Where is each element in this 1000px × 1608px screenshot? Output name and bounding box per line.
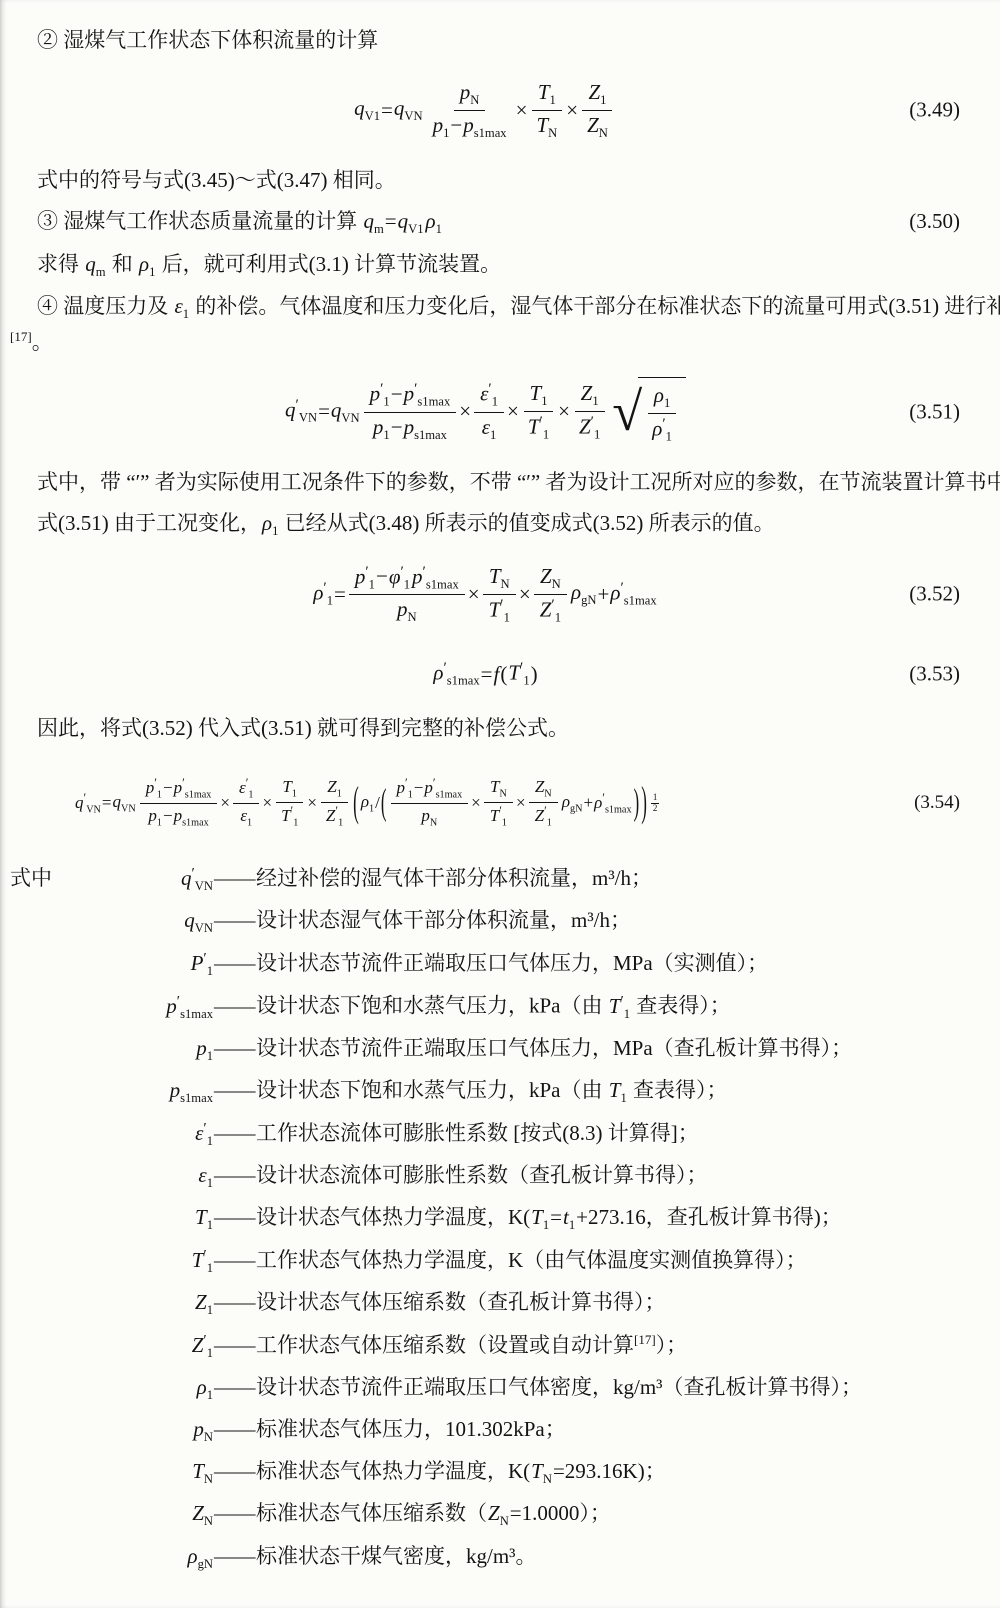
variable: ps1max	[174, 805, 209, 830]
variable: ps1max	[463, 112, 506, 142]
definition-text: 设计状态节流件正端取压口气体密度，kg/m³（查孔板计算书得）；	[255, 1373, 960, 1401]
subscript: 1	[600, 93, 606, 107]
dash: ——	[214, 1288, 255, 1316]
subscript: 1	[207, 1346, 213, 1360]
variable: ε1	[482, 414, 497, 444]
variable: ρ1	[197, 1375, 213, 1399]
variable: ρ1	[139, 252, 155, 276]
fraction: ZNZ′1	[534, 562, 567, 627]
text: 标准状态气体热力学温度，K(	[256, 1459, 530, 1483]
subscript: 1	[664, 396, 670, 410]
subscript: N	[204, 1430, 213, 1444]
text: −	[450, 112, 462, 138]
variable-base: T	[530, 381, 542, 405]
variable: t1	[563, 1205, 575, 1229]
symbol: qVN	[72, 906, 214, 937]
variable-base: ρ	[571, 580, 581, 604]
definition-row: ε1——设计状态流体可膨胀性系数（查孔板计算书得）；	[10, 1161, 960, 1192]
text: =	[102, 793, 112, 813]
symbol: p′s1max	[72, 991, 214, 1023]
text: =	[385, 209, 397, 233]
variable: T′1	[192, 1248, 213, 1272]
variable: ε′1	[195, 1121, 213, 1145]
subscript: N	[599, 126, 608, 140]
variable-base: p	[404, 415, 415, 439]
symbol-definition-list: 式中q′VN——经过补偿的湿气体干部分体积流量，m³/h；qVN——设计状态湿气…	[10, 863, 960, 1572]
subscript: N	[499, 789, 506, 800]
text: ×	[516, 98, 528, 123]
text: ×	[262, 793, 272, 813]
subscript: 1	[327, 594, 333, 608]
definition-text: 设计状态气体热力学温度，K(T1=t1+273.16，查孔板计算书得)；	[255, 1203, 960, 1234]
numerator: p′1−φ′1p′s1max	[349, 562, 465, 595]
variable: pN	[460, 79, 480, 109]
denominator: T′1	[483, 595, 516, 627]
text: ×	[471, 793, 481, 813]
dash: ——	[214, 992, 255, 1020]
subscript: s1max	[447, 674, 480, 688]
text: 工作状态流体可膨胀性系数 [按式(8.3) 计算得]；	[256, 1121, 699, 1145]
subscript: 1	[207, 1303, 213, 1317]
text: =	[381, 98, 393, 123]
subscript: 1	[248, 790, 253, 801]
text: 设计状态气体压缩系数（查孔板计算书得）；	[256, 1290, 666, 1314]
subscript: N	[501, 577, 510, 591]
numerator: ρ1	[648, 381, 676, 414]
subscript: 1	[594, 428, 600, 442]
variable: q′VN	[285, 397, 317, 426]
numerator: ε′1	[474, 379, 504, 412]
text: =293.16K)；	[553, 1459, 666, 1483]
variable: p′1	[146, 776, 162, 802]
subscript: s1max	[474, 126, 507, 140]
dash: ——	[214, 1542, 255, 1570]
symbol: ρgN	[72, 1542, 214, 1573]
text: 设计状态湿气体干部分体积流量，m³/h；	[256, 908, 631, 932]
variable-base: Z	[326, 806, 335, 825]
subscript: VN	[404, 109, 422, 123]
text: 求得	[37, 252, 84, 276]
text: 设计状态流体可膨胀性系数（查孔板计算书得）；	[256, 1163, 708, 1187]
variable: Z′1	[579, 413, 600, 443]
subscript: 1	[383, 428, 389, 442]
denominator: 2	[651, 804, 659, 813]
variable-base: ρ	[197, 1375, 207, 1399]
superscript: 12	[648, 793, 662, 813]
numerator: Z1	[582, 78, 612, 111]
equation-body: ρ′1=p′1−φ′1p′s1maxpN×TNT′1×ZNZ′1ρgN+ρ′s1…	[312, 562, 657, 627]
fraction: ε′1ε1	[474, 379, 504, 444]
variable: ρ′1	[313, 580, 333, 609]
denominator: ZN	[581, 111, 614, 143]
subscript: N	[543, 1472, 552, 1486]
variable-base: q	[113, 792, 122, 811]
variable: ε′1	[239, 776, 253, 802]
definition-text: 标准状态气体压缩系数（ZN=1.0000）；	[255, 1499, 960, 1530]
variable: qVN	[184, 908, 213, 932]
text: ×	[519, 582, 531, 607]
text: 经过补偿的湿气体干部分体积流量，m³/h；	[256, 866, 652, 890]
subscript: 1	[149, 265, 155, 279]
variable: ZN	[540, 563, 561, 593]
variable-base: Z	[488, 1501, 500, 1525]
text: 标准状态气体压力，101.302kPa；	[256, 1417, 566, 1441]
text: −	[163, 777, 173, 798]
symbol: T1	[72, 1203, 214, 1234]
variable-base: T	[508, 661, 520, 685]
symbol: Z1	[72, 1288, 214, 1319]
subscript: 1	[207, 1218, 213, 1232]
definition-row: p1——设计状态节流件正端取压口气体压力，MPa（查孔板计算书得）；	[10, 1034, 960, 1065]
variable-base: p	[146, 778, 155, 797]
subscript: 1	[504, 610, 510, 624]
subscript: m	[96, 265, 106, 279]
subscript: 1	[207, 1176, 213, 1190]
subscript: VN	[195, 879, 213, 893]
variable-base: Z	[327, 777, 336, 796]
variable-base: p	[424, 778, 433, 797]
denominator: T′1	[522, 412, 555, 444]
equation: q′VN=qVNp′1−p′s1maxp1−ps1max×ε′1ε1×T1T′1…	[10, 369, 960, 455]
subscript: 1	[490, 428, 496, 442]
subscript: 1	[550, 93, 556, 107]
variable: T1	[531, 1205, 549, 1229]
subscript: 1	[207, 1134, 213, 1148]
variable-base: p	[166, 994, 177, 1018]
definition-row: pN——标准状态气体压力，101.302kPa；	[10, 1415, 960, 1446]
variable-base: T	[609, 994, 621, 1018]
variable: T′1	[281, 804, 298, 830]
stretch-bracket: )	[634, 781, 640, 825]
text: 查表得）；	[631, 994, 731, 1018]
prime-mark: ′	[499, 804, 502, 818]
fraction: Z1ZN	[581, 78, 614, 143]
prime-mark: ′	[246, 776, 249, 790]
dash: ——	[214, 1034, 255, 1062]
variable-base: q	[331, 398, 342, 422]
variable-base: ρ	[361, 792, 369, 811]
variable-base: T	[489, 564, 501, 588]
equation-number: (3.53)	[909, 662, 960, 687]
variable-base: p	[373, 415, 384, 439]
definition-row: ps1max——设计状态下饱和水蒸气压力，kPa（由 T1 查表得）；	[10, 1076, 960, 1107]
variable-base: T	[538, 80, 550, 104]
definition-text: 标准状态气体热力学温度，K(TN=293.16K)；	[255, 1457, 960, 1488]
numerator: ε′1	[233, 775, 259, 804]
fraction: p′1−p′s1maxp1−ps1max	[364, 379, 457, 444]
dash: ——	[214, 1373, 255, 1401]
fraction: T1T′1	[275, 775, 304, 831]
fraction: p′1−p′s1maxp1−ps1max	[140, 775, 218, 831]
subscript: s1max	[624, 594, 657, 608]
definition-text: 设计状态湿气体干部分体积流量，m³/h；	[255, 906, 960, 934]
symbol: ε1	[72, 1161, 214, 1192]
variable: p′s1max	[424, 776, 462, 802]
symbol: T′1	[72, 1245, 214, 1277]
subscript: 1	[293, 818, 298, 829]
variable-base: q	[394, 96, 405, 120]
subscript: m	[374, 222, 384, 236]
variable-base: ε	[198, 1163, 206, 1187]
subscript: 1	[543, 428, 549, 442]
variable-base: T	[192, 1248, 204, 1272]
variable-base: q	[85, 252, 96, 276]
text: ×	[468, 582, 480, 607]
text: [17]	[634, 1332, 656, 1347]
variable-base: p	[196, 1036, 207, 1060]
subscript: VN	[121, 804, 136, 815]
variable: p′1	[370, 380, 390, 410]
variable: TN	[536, 112, 557, 142]
fraction: p′1−p′s1maxpN	[391, 775, 469, 831]
variable: p1	[148, 805, 162, 830]
fraction: ZNZ′1	[529, 775, 558, 831]
text: +	[583, 793, 593, 813]
subscript: 1	[337, 789, 342, 800]
variable-base: q	[184, 908, 195, 932]
equation: q′VN=qVNp′1−p′s1maxp1−ps1max×ε′1ε1×T1T′1…	[10, 755, 960, 851]
variable: ρgN	[188, 1544, 214, 1568]
variable-base: Z	[192, 1333, 204, 1357]
variable-base: ε	[482, 415, 490, 439]
variable: q′VN	[181, 866, 213, 890]
variable-base: p	[170, 1078, 181, 1102]
dash: ——	[214, 1076, 255, 1104]
subscript: 1	[555, 610, 561, 624]
variable-base: Z	[192, 1501, 204, 1525]
variable-base: ρ	[188, 1544, 198, 1568]
variable: pN	[397, 596, 417, 626]
prime-mark: ′	[84, 791, 87, 805]
dash: ——	[214, 864, 255, 892]
symbol: p1	[72, 1034, 214, 1065]
variable-base: p	[433, 113, 444, 137]
variable: p1	[373, 414, 390, 444]
variable: T1	[282, 776, 297, 801]
symbol: q′VN	[72, 863, 214, 895]
text: ×	[558, 399, 570, 424]
dash: ——	[214, 1415, 255, 1443]
variable: qm	[364, 209, 384, 233]
variable-base: p	[397, 778, 406, 797]
subscript: 1	[207, 1261, 213, 1275]
fraction: Z1Z′1	[573, 379, 606, 444]
variable: pN	[193, 1417, 213, 1441]
variable: T′1	[609, 994, 630, 1018]
subscript: 1	[443, 126, 449, 140]
variable-base: p	[148, 806, 157, 825]
fraction: pNp1−ps1max	[427, 78, 513, 143]
subscript: 1	[207, 1049, 213, 1063]
variable-base: p	[412, 564, 423, 588]
variable: ZN	[535, 776, 552, 801]
variable: T1	[530, 380, 548, 410]
paragraph: 式(3.51) 由于工况变化，ρ1 已经从式(3.48) 所表示的值变成式(3.…	[10, 506, 960, 542]
variable-base: Z	[195, 1290, 207, 1314]
text: −	[391, 381, 403, 407]
variable: Z′1	[192, 1333, 213, 1357]
definition-row: TN——标准状态气体热力学温度，K(TN=293.16K)；	[10, 1457, 960, 1488]
definition-text: 设计状态气体压缩系数（查孔板计算书得）；	[255, 1288, 960, 1316]
subscript: 1	[404, 577, 410, 591]
variable-base: Z	[581, 381, 593, 405]
variable: ρgN	[562, 792, 583, 814]
numerator: T1	[276, 775, 303, 803]
subscript: 1	[624, 1007, 630, 1021]
variable-base: p	[460, 80, 471, 104]
stretch-bracket: (	[353, 778, 359, 828]
prime-mark: ′	[335, 804, 338, 818]
variable-base: φ	[389, 564, 401, 588]
variable: TN	[489, 563, 510, 593]
denominator: T′1	[484, 803, 513, 831]
subscript: 1	[157, 790, 162, 801]
text: 。	[32, 330, 53, 354]
paragraph: 因此，将式(3.52) 代入式(3.51) 就可得到完整的补偿公式。	[10, 711, 960, 745]
denominator: Z′1	[573, 412, 606, 444]
denominator: Z′1	[529, 803, 558, 831]
numerator: p′1−p′s1max	[364, 379, 457, 412]
variable-base: T	[192, 1459, 204, 1483]
subscript: 1	[183, 307, 189, 321]
variable-base: Z	[535, 806, 544, 825]
fraction: T1T′1	[522, 379, 555, 444]
subscript: 1	[207, 964, 213, 978]
equation-body: q′VN=qVNp′1−p′s1maxp1−ps1max×ε′1ε1×T1T′1…	[284, 377, 686, 446]
denominator: TN	[530, 111, 563, 143]
text: ② 湿煤气工作状态下体积流量的计算	[37, 28, 378, 52]
numerator: Z1	[575, 379, 605, 412]
symbol: Z′1	[72, 1330, 214, 1362]
variable-base: T	[609, 1078, 621, 1102]
subscript: N	[204, 1472, 213, 1486]
text: 标准状态干煤气密度，kg/m³。	[256, 1544, 536, 1568]
variable-base: Z	[579, 415, 591, 439]
variable: T′1	[489, 596, 510, 626]
text: 工作状态气体压缩系数（设置或自动计算	[256, 1333, 634, 1357]
text: 设计状态气体热力学温度，K(	[256, 1205, 530, 1229]
fraction: Z1Z′1	[320, 775, 349, 831]
definition-row: Z1——设计状态气体压缩系数（查孔板计算书得）；	[10, 1288, 960, 1319]
variable-base: P	[191, 951, 204, 975]
variable: p′1	[397, 776, 413, 802]
fraction: TNT′1	[484, 775, 513, 831]
definition-text: 设计状态节流件正端取压口气体压力，MPa（查孔板计算书得）；	[255, 1034, 960, 1062]
subscript: 1	[620, 1091, 626, 1105]
text: =	[318, 399, 330, 424]
variable-base: ρ	[652, 417, 662, 441]
text: 设计状态节流件正端取压口气体密度，kg/m³（查孔板计算书得）；	[256, 1375, 862, 1399]
variable-base: Z	[587, 113, 599, 137]
text: 工作状态气体热力学温度，K（由气体温度实测值换算得）；	[256, 1248, 807, 1272]
equation-number: (3.52)	[909, 582, 960, 607]
variable: ε1	[198, 1163, 213, 1187]
definition-text: 设计状态流体可膨胀性系数（查孔板计算书得）；	[255, 1161, 960, 1189]
denominator: p1−ps1max	[367, 413, 453, 445]
variable: ρgN	[571, 580, 597, 608]
prime-mark: ′	[154, 776, 157, 790]
text: ×	[507, 399, 519, 424]
variable-base: ε	[175, 294, 183, 318]
numerator: T1	[524, 379, 554, 412]
text: ③ 湿煤气工作状态质量流量的计算	[37, 209, 363, 233]
fraction: ρ1ρ′1	[646, 381, 678, 446]
subscript: 1	[569, 1218, 575, 1232]
variable: f	[494, 662, 500, 687]
variable: p′s1max	[412, 563, 459, 593]
variable: ρ′s1max	[433, 660, 479, 689]
text: 已经从式(3.48) 所表示的值变成式(3.52) 所表示的值。	[279, 511, 774, 535]
text: 设计状态节流件正端取压口气体压力，MPa（实测值）；	[256, 951, 768, 975]
definition-text: 设计状态下饱和水蒸气压力，kPa（由 T1 查表得）；	[255, 1076, 960, 1107]
variable-base: ρ	[433, 661, 443, 685]
symbol: P′1	[72, 948, 214, 980]
paragraph: 式中，带 “′” 者为实际使用工况条件下的参数，不带 “′” 者为设计工况所对应…	[10, 465, 960, 499]
variable: TN	[192, 1459, 213, 1483]
denominator: p1−ps1max	[142, 804, 214, 831]
document-content: ② 湿煤气工作状态下体积流量的计算qV1=qVNpNp1−ps1max×T1TN…	[10, 23, 960, 1573]
subscript: VN	[299, 411, 317, 425]
subscript: N	[408, 610, 417, 624]
equation-number: (3.54)	[914, 792, 960, 814]
subscript: 1	[338, 818, 343, 829]
subscript: N	[548, 126, 557, 140]
variable: Z1	[195, 1290, 213, 1314]
denominator: ε1	[476, 413, 503, 445]
dash: ——	[214, 1331, 255, 1359]
text: −	[391, 414, 403, 440]
variable-base: T	[281, 806, 290, 825]
variable: p1	[196, 1036, 213, 1060]
variable: ε′1	[480, 380, 498, 410]
variable: T1	[538, 79, 556, 109]
subscript: N	[544, 789, 551, 800]
paragraph: ② 湿煤气工作状态下体积流量的计算	[10, 23, 960, 57]
equation-number: (3.49)	[909, 98, 960, 123]
text: 1	[653, 793, 657, 802]
dash: ——	[214, 949, 255, 977]
subscript: 1	[383, 395, 389, 409]
subscript: 1	[666, 430, 672, 444]
variable: ZN	[488, 1501, 509, 1525]
text: 式中的符号与式(3.45)～式(3.47) 相同。	[37, 168, 396, 192]
variable: T1	[195, 1205, 213, 1229]
text: −	[376, 563, 388, 589]
text: ）；	[656, 1333, 688, 1357]
variable-base: p	[174, 778, 183, 797]
subscript: 1	[157, 818, 162, 829]
variable: ZN	[192, 1501, 213, 1525]
numerator: TN	[483, 562, 516, 595]
square-root: √ρ1ρ′1	[612, 377, 686, 446]
variable-base: ρ	[654, 383, 664, 407]
denominator: Z′1	[534, 595, 567, 627]
subscript: gN	[581, 593, 596, 607]
variable: p′s1max	[174, 776, 212, 802]
variable: T′1	[528, 413, 549, 443]
subscript: N	[552, 577, 561, 591]
variable: ps1max	[170, 1078, 213, 1102]
numerator: ZN	[529, 775, 558, 803]
text: ×	[516, 793, 526, 813]
fraction: ε′1ε1	[233, 775, 259, 831]
subscript: 1	[523, 674, 529, 688]
variable: Z′1	[540, 596, 561, 626]
variable-base: p	[193, 1417, 204, 1441]
subscript: 1	[541, 394, 547, 408]
variable-base: T	[531, 1459, 543, 1483]
variable: p′s1max	[166, 994, 213, 1018]
